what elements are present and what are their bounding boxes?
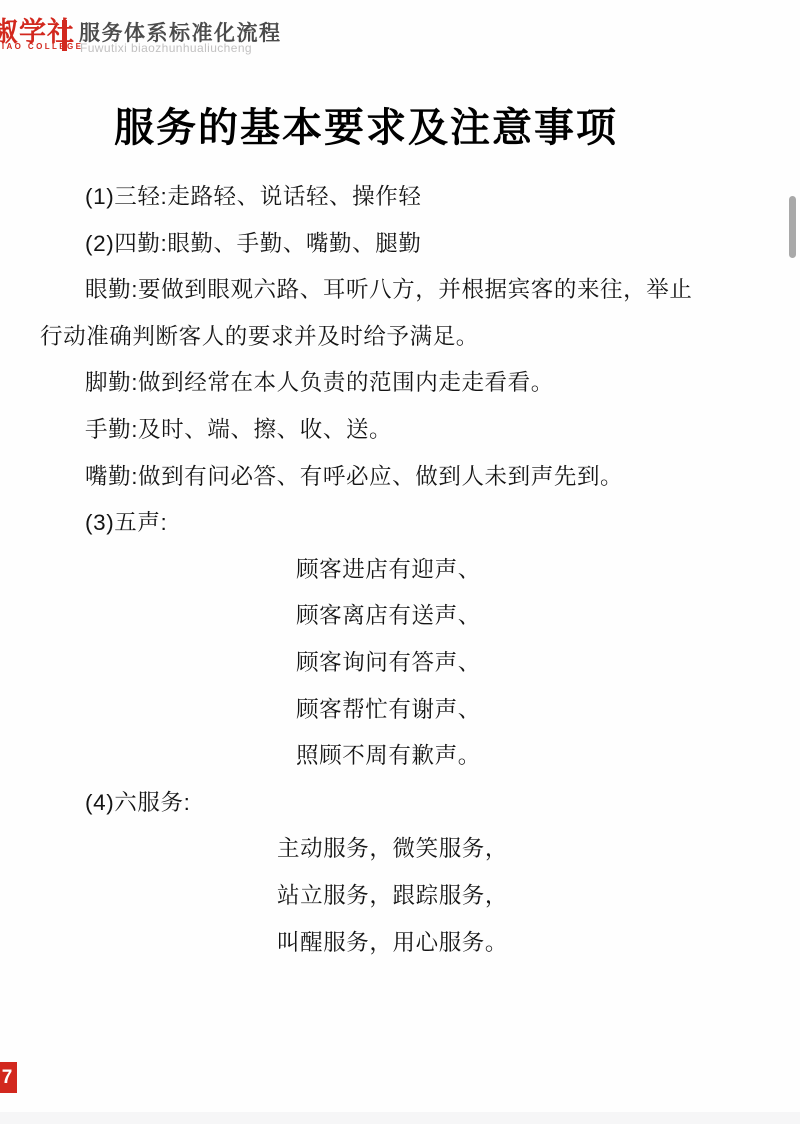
header-divider — [62, 20, 67, 51]
body-line-voice-thanks: 顾客帮忙有谢声、 — [0, 687, 800, 734]
body-line-service-1: 主动服务，微笑服务， — [0, 826, 800, 873]
body-line-three-lights: (1)三轻:走路轻、说话轻、操作轻 — [0, 174, 800, 221]
body-line-hand-diligence: 手勤:及时、端、擦、收、送。 — [0, 407, 800, 454]
scrollbar-thumb[interactable] — [789, 196, 796, 258]
page-title: 服务的基本要求及注意事项 — [114, 104, 800, 152]
body-line-mouth-diligence: 嘴勤:做到有问必答、有呼必应、做到人未到声先到。 — [0, 454, 800, 501]
body-line-six-services: (4)六服务: — [0, 780, 800, 827]
series-subtitle-pinyin: Fuwutixi biaozhunhualiucheng — [80, 41, 252, 55]
page-number-badge: 7 — [0, 1062, 17, 1093]
body-line-voice-apology: 照顾不周有歉声。 — [0, 733, 800, 780]
body-text: (1)三轻:走路轻、说话轻、操作轻 (2)四勤:眼勤、手勤、嘴勤、腿勤 眼勤:要… — [0, 174, 800, 966]
body-line-voice-welcome: 顾客进店有迎声、 — [0, 547, 800, 594]
document-page: 椒学社 JIAO COLLEGE 服务体系标准化流程 Fuwutixi biao… — [0, 0, 800, 1124]
body-line-voice-answer: 顾客询问有答声、 — [0, 640, 800, 687]
body-line-service-3: 叫醒服务，用心服务。 — [0, 920, 800, 967]
body-line-eye-diligence: 眼勤:要做到眼观六路、耳听八方，并根据宾客的来往，举止 — [0, 267, 800, 314]
page-number: 7 — [2, 1067, 13, 1089]
body-line-service-2: 站立服务，跟踪服务， — [0, 873, 800, 920]
body-line-continuation: 行动准确判断客人的要求并及时给予满足。 — [0, 314, 800, 361]
header: 椒学社 JIAO COLLEGE 服务体系标准化流程 Fuwutixi biao… — [0, 0, 800, 62]
body-line-voice-sendoff: 顾客离店有送声、 — [0, 593, 800, 640]
body-line-foot-diligence: 脚勤:做到经常在本人负责的范围内走走看看。 — [0, 360, 800, 407]
document-content: 服务的基本要求及注意事项 (1)三轻:走路轻、说话轻、操作轻 (2)四勤:眼勤、… — [0, 104, 800, 966]
body-line-five-voices: (3)五声: — [0, 500, 800, 547]
brand-logo-subtext: JIAO COLLEGE — [0, 42, 83, 51]
bottom-bar — [0, 1112, 800, 1124]
body-line-four-diligence: (2)四勤:眼勤、手勤、嘴勤、腿勤 — [0, 221, 800, 268]
